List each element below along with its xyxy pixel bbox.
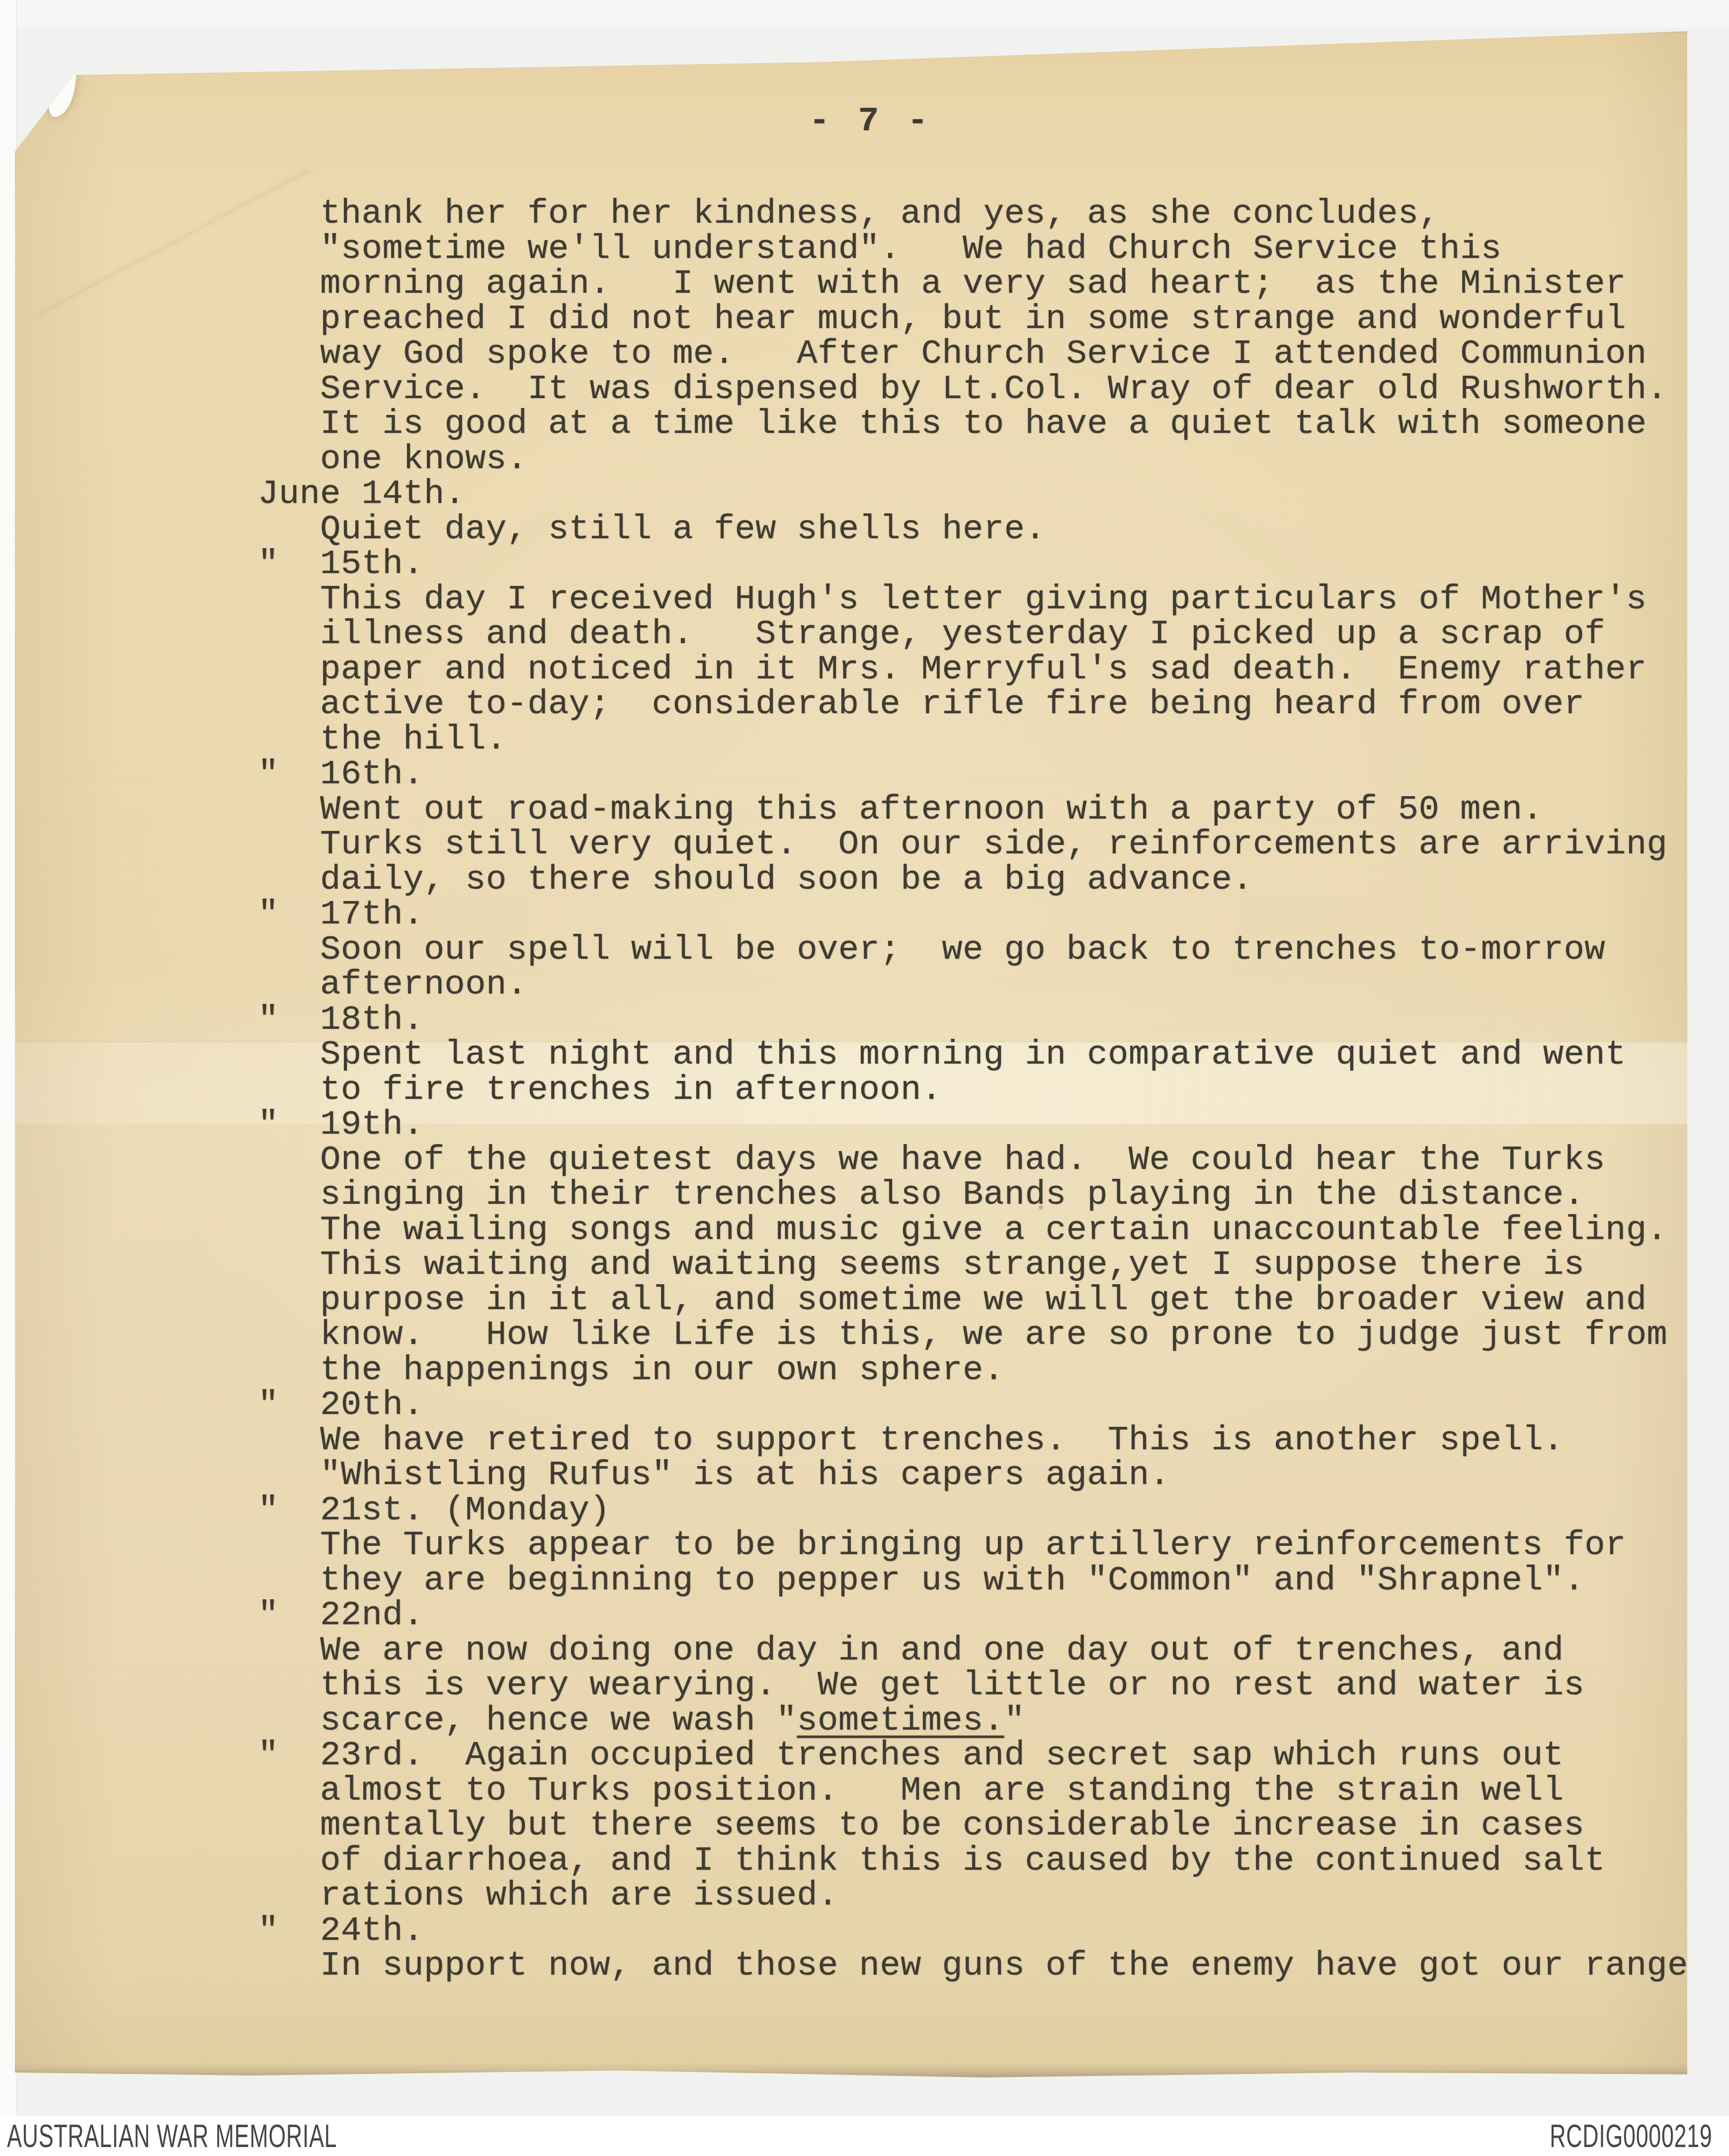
typed-line: Spent last night and this morning in com…	[258, 1037, 1688, 1073]
typed-line: Quiet day, still a few shells here.	[258, 512, 1688, 547]
typed-line: scarce, hence we wash "sometimes."	[258, 1703, 1688, 1739]
typed-line: purpose in it all, and sometime we will …	[258, 1283, 1688, 1318]
paper-bottom-edge	[15, 2063, 1687, 2077]
typed-line: of diarrhoea, and I think this is caused…	[258, 1843, 1688, 1879]
typed-line: mentally but there seems to be considera…	[258, 1808, 1688, 1843]
typed-line: afternoon.	[258, 967, 1688, 1002]
document-page: - 7 - thank her for her kindness, and ye…	[15, 27, 1687, 2077]
typed-line: This day I received Hugh's letter giving…	[258, 582, 1688, 617]
typed-line: We are now doing one day in and one day …	[258, 1633, 1688, 1668]
typed-line: " 15th.	[258, 547, 1688, 582]
typed-line: " 21st. (Monday)	[258, 1493, 1688, 1528]
typed-line: the hill.	[258, 722, 1688, 757]
page-number: - 7 -	[809, 102, 932, 141]
typed-line: Went out road-making this afternoon with…	[258, 792, 1688, 828]
typed-line: "sometime we'll understand". We had Chur…	[258, 232, 1688, 267]
typed-line: active to-day; considerable rifle fire b…	[258, 687, 1688, 722]
typed-line: paper and noticed in it Mrs. Merryful's …	[258, 652, 1688, 687]
torn-hole	[43, 56, 82, 120]
typed-line: One of the quietest days we have had. We…	[258, 1143, 1688, 1178]
typed-line: It is good at a time like this to have a…	[258, 407, 1688, 442]
footer-source-label: AUSTRALIAN WAR MEMORIAL	[7, 2118, 337, 2155]
footer-record-id-label: RCDIG0000219	[1550, 2118, 1712, 2155]
typed-line: illness and death. Strange, yesterday I …	[258, 617, 1688, 652]
typed-line: the happenings in our own sphere.	[258, 1353, 1688, 1388]
scanner-top-margin	[0, 0, 1729, 27]
typed-line: one knows.	[258, 442, 1688, 477]
typed-line: In support now, and those new guns of th…	[258, 1948, 1688, 1984]
typed-line: they are beginning to pepper us with "Co…	[258, 1563, 1688, 1598]
typed-line: The Turks appear to be bringing up artil…	[258, 1528, 1688, 1563]
typed-line: singing in their trenches also Bands pla…	[258, 1177, 1688, 1213]
typed-line: daily, so there should soon be a big adv…	[258, 862, 1688, 898]
typed-line: thank her for her kindness, and yes, as …	[258, 196, 1688, 232]
typed-line: We have retired to support trenches. Thi…	[258, 1423, 1688, 1458]
typed-line: Service. It was dispensed by Lt.Col. Wra…	[258, 372, 1688, 407]
typed-line: " 19th.	[258, 1107, 1688, 1143]
typed-line: June 14th.	[258, 477, 1688, 512]
typed-line: almost to Turks position. Men are standi…	[258, 1773, 1688, 1809]
typed-line: to fire trenches in afternoon.	[258, 1073, 1688, 1108]
typed-line: rations which are issued.	[258, 1878, 1688, 1913]
typed-line: morning again. I went with a very sad he…	[258, 266, 1688, 302]
typed-line: "Whistling Rufus" is at his capers again…	[258, 1458, 1688, 1493]
typed-line: Turks still very quiet. On our side, rei…	[258, 827, 1688, 862]
typed-line: this is very wearying. We get little or …	[258, 1668, 1688, 1703]
typed-line: " 17th.	[258, 897, 1688, 932]
scan-background: - 7 - thank her for her kindness, and ye…	[0, 0, 1729, 2156]
typed-line: " 16th.	[258, 757, 1688, 792]
typed-line: Soon our spell will be over; we go back …	[258, 932, 1688, 968]
typed-line: " 22nd.	[258, 1598, 1688, 1633]
typed-line: The wailing songs and music give a certa…	[258, 1213, 1688, 1248]
typed-line: " 24th.	[258, 1913, 1688, 1949]
typed-text: thank her for her kindness, and yes, as …	[258, 196, 1688, 1984]
footer-bar: AUSTRALIAN WAR MEMORIAL RCDIG0000219	[0, 2116, 1729, 2156]
typed-line: " 18th.	[258, 1002, 1688, 1038]
typed-line: " 20th.	[258, 1388, 1688, 1423]
typed-line: way God spoke to me. After Church Servic…	[258, 336, 1688, 372]
typed-line: know. How like Life is this, we are so p…	[258, 1318, 1688, 1353]
paper-top-edge	[15, 27, 1687, 34]
typed-line: " 23rd. Again occupied trenches and secr…	[258, 1738, 1688, 1773]
typed-line: This waiting and waiting seems strange,y…	[258, 1247, 1688, 1283]
scanner-left-margin	[0, 0, 17, 2116]
typed-line: preached I did not hear much, but in som…	[258, 302, 1688, 337]
